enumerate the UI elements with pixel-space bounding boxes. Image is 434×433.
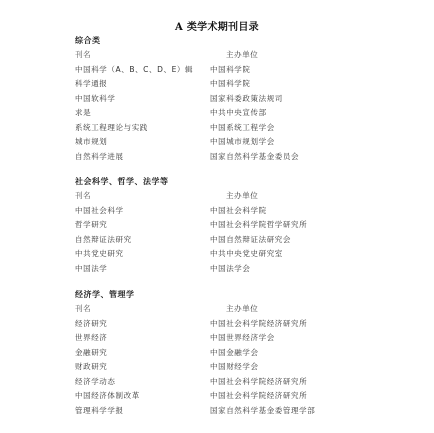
table-row: 中国社会科学 中国社会科学院 <box>75 204 405 219</box>
journal-sponsor: 中国城市规划学会 <box>210 135 275 150</box>
table-row: 管理科学学报 国家自然科学基金委管理学部 <box>75 404 405 419</box>
table-row: 中国科学（A、B、C、D、E）辑 中国科学院 <box>75 63 405 78</box>
journal-sponsor: 中国系统工程学会 <box>210 121 275 136</box>
table-header: 刊名 主办单位 <box>75 48 405 63</box>
table-row: 系统工程理论与实践 中国系统工程学会 <box>75 121 405 136</box>
table-row: 求是 中共中央宣传部 <box>75 106 405 121</box>
journal-name: 经济研究 <box>75 317 107 332</box>
journal-name: 自然辩证法研究 <box>75 233 132 248</box>
journal-sponsor: 中国社会科学院经济研究所 <box>210 317 307 332</box>
table-row: 财政研究 中国财经学会 <box>75 360 405 375</box>
journal-name: 中国法学 <box>75 262 107 277</box>
table-row: 中共党史研究 中共中央党史研究室 <box>75 247 405 262</box>
journal-name: 科学通报 <box>75 77 107 92</box>
journal-name: 系统工程理论与实践 <box>75 121 148 136</box>
table-row: 经济研究 中国社会科学院经济研究所 <box>75 317 405 332</box>
section-title: 经济学、管理学 <box>75 288 405 302</box>
journal-name: 经济学动态 <box>75 375 116 390</box>
document-title: A 类学术期刊目录 <box>0 18 434 33</box>
section-social-science: 社会科学、哲学、法学等 刊名 主办单位 中国社会科学 中国社会科学院 哲学研究 … <box>75 175 405 276</box>
journal-name: 财政研究 <box>75 360 107 375</box>
journal-sponsor: 中国社会科学院哲学研究所 <box>210 218 307 233</box>
journal-sponsor: 中国社会科学院 <box>210 204 267 219</box>
journal-sponsor: 中国科学院 <box>210 63 251 78</box>
table-row: 自然辩证法研究 中国自然辩证法研究会 <box>75 233 405 248</box>
journal-name: 求是 <box>75 106 91 121</box>
journal-name: 中共党史研究 <box>75 247 124 262</box>
journal-name: 哲学研究 <box>75 218 107 233</box>
table-row: 世界经济 中国世界经济学会 <box>75 331 405 346</box>
table-header: 刊名 主办单位 <box>75 189 405 204</box>
section-economics-management: 经济学、管理学 刊名 主办单位 经济研究 中国社会科学院经济研究所 世界经济 中… <box>75 288 405 418</box>
journal-name: 中国社会科学 <box>75 204 124 219</box>
table-row: 中国经济体制改革 中国社会科学院经济研究所 <box>75 389 405 404</box>
journal-sponsor: 中国法学会 <box>210 262 251 277</box>
column-header-sponsor: 主办单位 <box>226 302 258 317</box>
journal-sponsor: 国家科委政策法规司 <box>210 92 283 107</box>
table-header: 刊名 主办单位 <box>75 302 405 317</box>
journal-sponsor: 中国世界经济学会 <box>210 331 275 346</box>
column-header-name: 刊名 <box>75 189 91 204</box>
journal-sponsor: 中共中央宣传部 <box>210 106 267 121</box>
section-title: 社会科学、哲学、法学等 <box>75 175 405 189</box>
column-header-sponsor: 主办单位 <box>226 189 258 204</box>
table-row: 自然科学进展 国家自然科学基金委员会 <box>75 150 405 165</box>
table-row: 中国软科学 国家科委政策法规司 <box>75 92 405 107</box>
journal-sponsor: 中共中央党史研究室 <box>210 247 283 262</box>
journal-name: 金融研究 <box>75 346 107 361</box>
journal-sponsor: 中国社会科学院经济研究所 <box>210 389 307 404</box>
section-comprehensive: 综合类 刊名 主办单位 中国科学（A、B、C、D、E）辑 中国科学院 科学通报 … <box>75 34 405 164</box>
journal-name: 中国科学（A、B、C、D、E）辑 <box>75 63 193 78</box>
table-row: 经济学动态 中国社会科学院经济研究所 <box>75 375 405 390</box>
journal-sponsor: 中国社会科学院经济研究所 <box>210 375 307 390</box>
column-header-name: 刊名 <box>75 48 91 63</box>
table-row: 金融研究 中国金融学会 <box>75 346 405 361</box>
table-row: 哲学研究 中国社会科学院哲学研究所 <box>75 218 405 233</box>
table-row: 科学通报 中国科学院 <box>75 77 405 92</box>
journal-sponsor: 国家自然科学基金委管理学部 <box>210 404 315 419</box>
journal-sponsor: 中国财经学会 <box>210 360 259 375</box>
journal-name: 城市规划 <box>75 135 107 150</box>
journal-name: 管理科学学报 <box>75 404 124 419</box>
table-row: 中国法学 中国法学会 <box>75 262 405 277</box>
column-header-name: 刊名 <box>75 302 91 317</box>
journal-name: 世界经济 <box>75 331 107 346</box>
journal-name: 自然科学进展 <box>75 150 124 165</box>
journal-sponsor: 中国自然辩证法研究会 <box>210 233 291 248</box>
journal-sponsor: 国家自然科学基金委员会 <box>210 150 299 165</box>
journal-sponsor: 中国科学院 <box>210 77 251 92</box>
section-title: 综合类 <box>75 34 405 48</box>
table-row: 城市规划 中国城市规划学会 <box>75 135 405 150</box>
column-header-sponsor: 主办单位 <box>226 48 258 63</box>
journal-name: 中国软科学 <box>75 92 116 107</box>
journal-name: 中国经济体制改革 <box>75 389 140 404</box>
journal-sponsor: 中国金融学会 <box>210 346 259 361</box>
